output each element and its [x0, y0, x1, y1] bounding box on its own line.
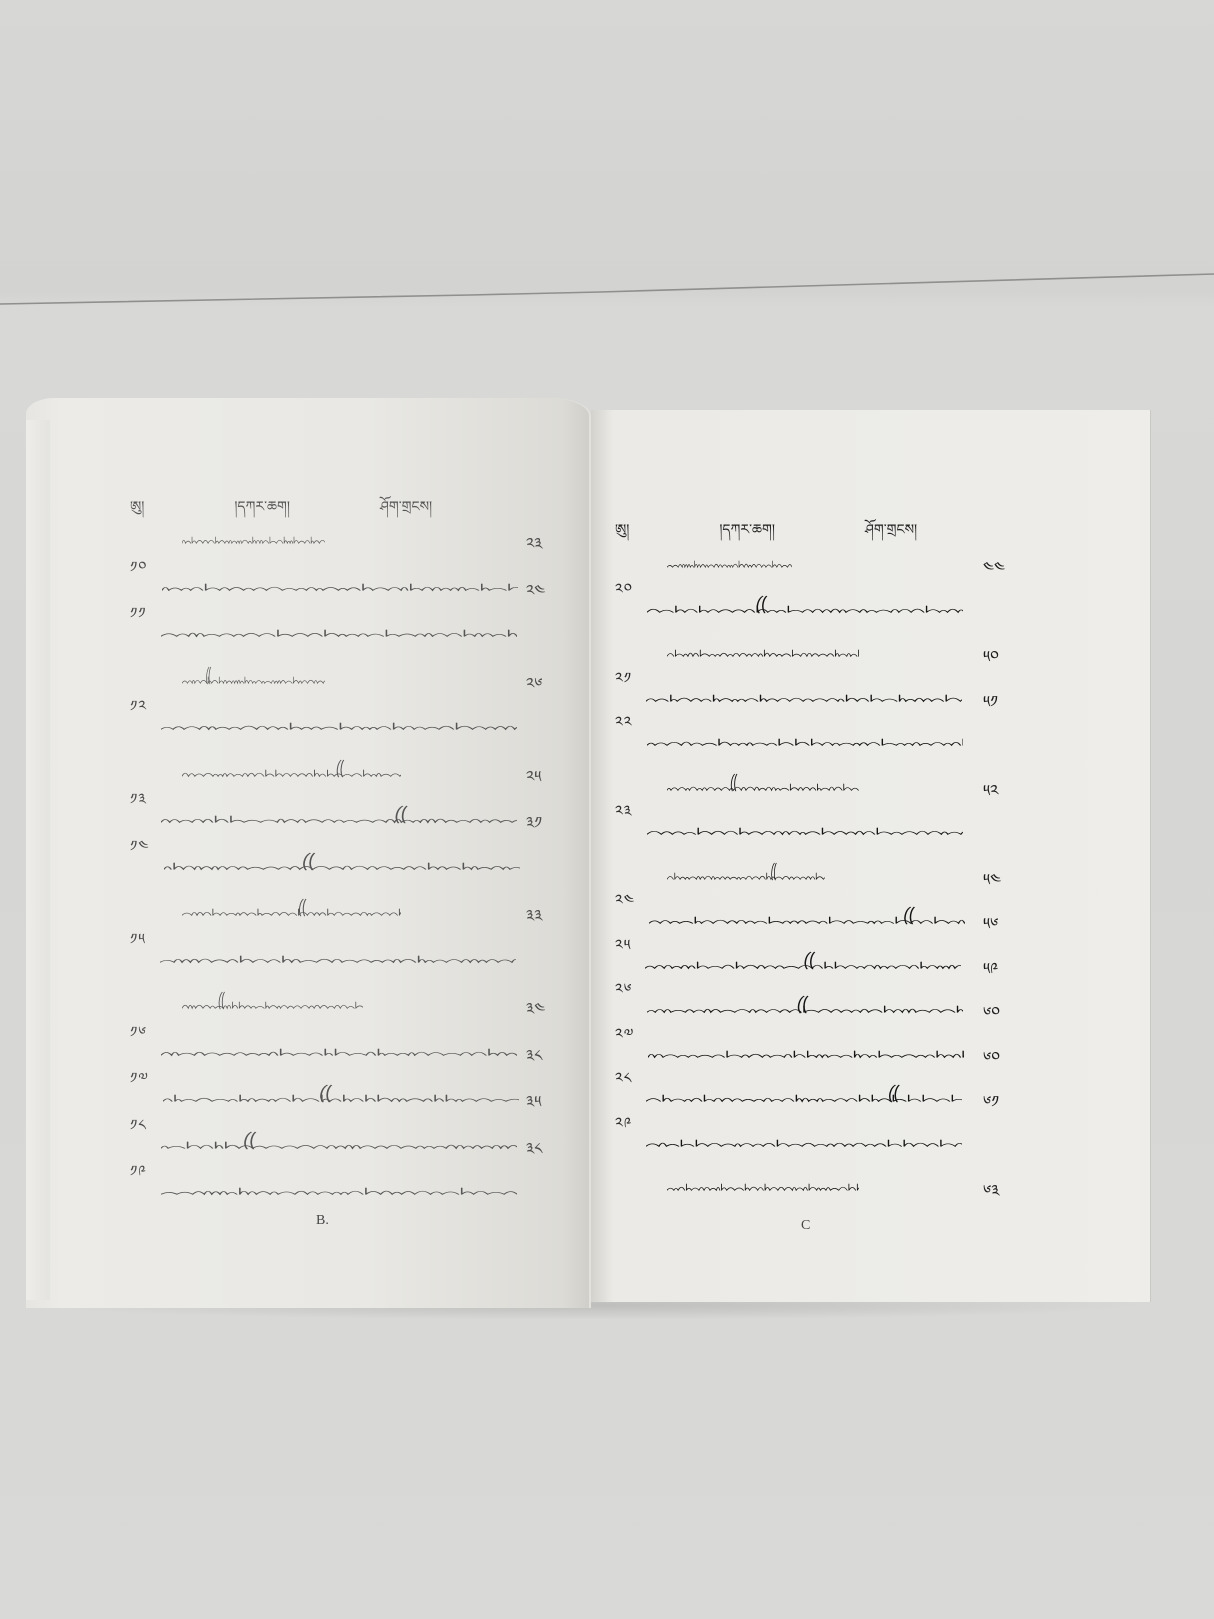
- entry-line-number: ༡༩: [130, 1155, 147, 1197]
- entry-page-number: ༣༨: [526, 1131, 542, 1176]
- toc-entry: ༡༤: [130, 844, 526, 872]
- entry-tibetan-text: [645, 951, 961, 971]
- entry-page-number: ༢༤: [526, 573, 545, 618]
- toc-entry: ༢༢: [615, 720, 971, 748]
- toc-entry: ༡༠: [130, 565, 526, 593]
- toc-entry: ༢༧: [615, 1032, 971, 1060]
- entry-tibetan-text: [667, 1173, 859, 1193]
- toc-entry: [653, 631, 971, 659]
- toc-entry: [168, 658, 526, 686]
- entry-tibetan-text: [164, 852, 520, 872]
- entry-page-number: ༣༤: [526, 991, 545, 1036]
- entry-tibetan-text: [161, 1177, 517, 1197]
- entry-page-number: ༤༤: [983, 550, 1005, 595]
- toc-entry: ༡༦: [130, 1030, 526, 1058]
- entry-page-number: ༣༨: [526, 1038, 542, 1083]
- entry-tibetan-text: [648, 1040, 964, 1060]
- header-om: ཨུ།: [130, 490, 144, 530]
- entry-line-number: ༢༠: [615, 573, 633, 615]
- toc-entry: ༡༣: [130, 797, 526, 825]
- toc-entry: [168, 751, 526, 779]
- entry-page-number: ༣༣: [526, 898, 543, 943]
- entry-line-number: ༡༦: [130, 1016, 147, 1058]
- entry-tibetan-text: [182, 991, 363, 1011]
- entry-page-number: ༦༠: [983, 1040, 1000, 1085]
- entry-line-number: ༢༧: [615, 1018, 634, 1060]
- entry-line-number: ༡༥: [130, 923, 146, 965]
- toc-entry: ༡༡: [130, 611, 526, 639]
- entry-page-number: ༥༡: [983, 684, 998, 729]
- entry-line-number: ༢༣: [615, 795, 633, 837]
- entry-tibetan-text: [182, 666, 325, 686]
- entry-line-number: ༡༤: [130, 830, 150, 872]
- entry-tibetan-text: [182, 759, 401, 779]
- table-edge-line: [0, 268, 1214, 308]
- entry-tibetan-text: [667, 862, 825, 882]
- entry-page-number: ༥༩: [983, 951, 998, 996]
- toc-entry: [168, 983, 526, 1011]
- entry-tibetan-text: [649, 906, 965, 926]
- entry-page-number: ༣༡: [526, 805, 542, 850]
- page-label: B.: [316, 1213, 329, 1229]
- toc-entry: [653, 854, 971, 882]
- header-om: ཨུ།: [615, 513, 629, 553]
- entry-tibetan-text: [646, 1129, 962, 1149]
- toc-entry: [653, 542, 971, 570]
- entry-page-number: ༢༥: [526, 759, 541, 804]
- entry-line-number: ༡༡: [130, 597, 147, 639]
- toc-entry: ༢༣: [615, 809, 971, 837]
- entry-page-number: ༦༠: [983, 995, 1000, 1040]
- entry-page-number: ༦༣: [983, 1173, 1000, 1218]
- entry-line-number: ༡༧: [130, 1062, 149, 1104]
- entry-line-number: ༡༨: [130, 1109, 147, 1151]
- entry-page-number: ༦༡: [983, 1084, 999, 1129]
- entry-page-number: ༢༣: [526, 526, 543, 571]
- page-label: C: [801, 1218, 810, 1234]
- entry-tibetan-text: [667, 550, 792, 570]
- entry-page-number: ༥༦: [983, 906, 998, 951]
- entry-tibetan-text: [162, 573, 518, 593]
- toc-entry: ༡༩: [130, 1169, 526, 1197]
- toc-entry: ༢༡: [615, 676, 971, 704]
- toc-entry: [168, 890, 526, 918]
- toc-entry: ༢༨: [615, 1076, 971, 1104]
- toc-entry: ༢༥: [615, 943, 971, 971]
- toc-entry: ༢༠: [615, 587, 971, 615]
- entry-tibetan-text: [647, 817, 963, 837]
- toc-entry: ༡༥: [130, 937, 526, 965]
- entry-tibetan-text: [647, 995, 963, 1015]
- entry-tibetan-text: [647, 595, 963, 615]
- toc-entry: ༡༧: [130, 1076, 526, 1104]
- entry-tibetan-text: [667, 639, 859, 659]
- toc-entry: [168, 518, 526, 546]
- entry-tibetan-text: [182, 898, 401, 918]
- entry-tibetan-text: [646, 1084, 962, 1104]
- entry-tibetan-text: [161, 619, 517, 639]
- entry-page-number: ༥༠: [983, 639, 999, 684]
- entry-line-number: ༢༨: [615, 1062, 632, 1104]
- entry-page-number: ༥༢: [983, 773, 998, 818]
- entry-line-number: ༢༩: [615, 1107, 632, 1149]
- entry-tibetan-text: [161, 712, 517, 732]
- entry-tibetan-text: [161, 1038, 517, 1058]
- toc-entry: ༢༦: [615, 987, 971, 1015]
- entry-tibetan-text: [163, 1084, 519, 1104]
- entry-tibetan-text: [182, 526, 325, 546]
- entry-line-number: ༢༡: [615, 662, 632, 704]
- toc-entry: ༡༨: [130, 1123, 526, 1151]
- entry-tibetan-text: [646, 684, 962, 704]
- right-page: ཨུ། །དཀར་ཆག། ཤོག་གྲངས། ༤༤༢༠༥༠༢༡༥༡༢༢༥༢༢༣༥…: [591, 410, 1151, 1302]
- entry-line-number: ༡༠: [130, 551, 148, 593]
- entry-page-number: ༣༥: [526, 1084, 541, 1129]
- entry-tibetan-text: [161, 805, 517, 825]
- entry-line-number: ༡༣: [130, 783, 147, 825]
- entry-line-number: ༢༦: [615, 973, 633, 1015]
- entry-tibetan-text: [647, 728, 963, 748]
- toc-entry: [653, 765, 971, 793]
- toc-entry: ༡༢: [130, 704, 526, 732]
- entry-line-number: ༡༢: [130, 690, 147, 732]
- entry-tibetan-text: [667, 773, 859, 793]
- entry-page-number: ༢༦: [526, 666, 543, 711]
- toc-entry: ༢༩: [615, 1121, 971, 1149]
- entry-page-number: ༥༤: [983, 862, 1001, 907]
- left-page: ཨུ། །དཀར་ཆག། ཤོག་གྲངས། ༢༣༡༠༢༤༡༡༢༦༡༢༢༥༡༣༣…: [26, 398, 591, 1308]
- entry-line-number: ༢༤: [615, 884, 635, 926]
- entry-tibetan-text: [161, 1131, 517, 1151]
- toc-entry: [653, 1165, 971, 1193]
- entry-line-number: ༢༥: [615, 929, 631, 971]
- entry-line-number: ༢༢: [615, 706, 633, 748]
- entry-tibetan-text: [160, 945, 516, 965]
- toc-entry: ༢༤: [615, 898, 971, 926]
